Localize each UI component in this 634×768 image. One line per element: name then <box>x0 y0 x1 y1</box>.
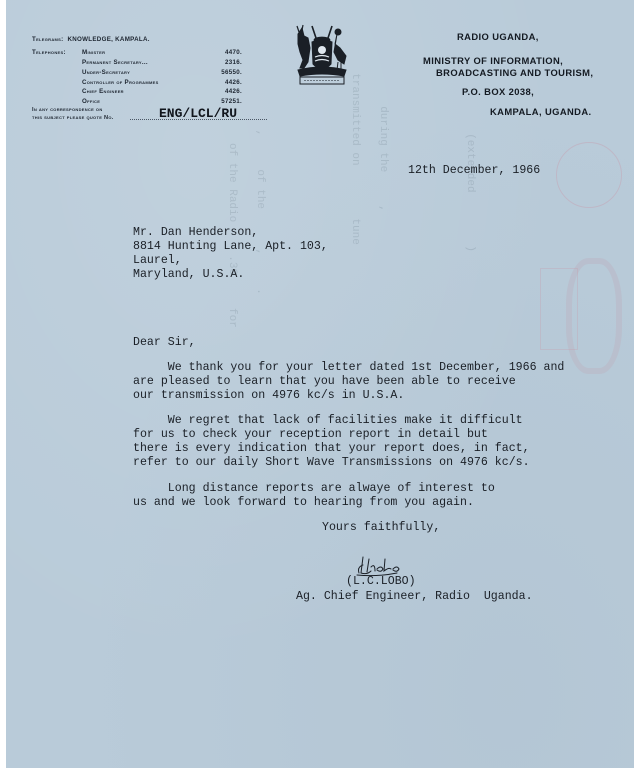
signatory-title: Ag. Chief Engineer, Radio Uganda. <box>296 590 533 604</box>
letter-date: 12th December, 1966 <box>408 164 540 178</box>
phone-entry-number: 4470. <box>206 49 242 56</box>
recipient-street: 8814 Hunting Lane, Apt. 103, <box>133 240 328 254</box>
phone-entry-number: 56550. <box>206 69 242 76</box>
phone-entry-number: 4426. <box>206 79 242 86</box>
recipient-city: Laurel, <box>133 254 182 268</box>
recipient-name: Mr. Dan Henderson, <box>133 226 258 240</box>
org-ministry-line2: BROADCASTING AND TOURISM, <box>436 67 593 78</box>
show-through-text: of the Radio .30 for <box>226 110 238 328</box>
paragraph-1-line: We thank you for your letter dated 1st D… <box>133 361 564 375</box>
salutation: Dear Sir, <box>133 336 196 350</box>
org-name: RADIO UGANDA, <box>457 31 539 42</box>
reference-number: ENG/LCL/RU <box>159 106 237 121</box>
show-through-text: (extended ) <box>464 120 476 252</box>
org-po-box: P.O. BOX 2038, <box>462 86 534 97</box>
recipient-state-country: Maryland, U.S.A. <box>133 268 244 282</box>
paragraph-2-line: there is every indication that your repo… <box>133 442 530 456</box>
quote-label-line2: this subject please quote No. <box>32 114 114 122</box>
letter-page: of the Radio .30 for , of the , . transm… <box>6 0 634 768</box>
reference-block: In any correspondence on this subject pl… <box>32 106 114 122</box>
quote-label-line1: In any correspondence on <box>32 106 114 114</box>
phone-entry-name: Permanent Secretary... <box>82 59 206 66</box>
paragraph-2-line: We regret that lack of facilities make i… <box>133 414 523 428</box>
show-through-text: , of the , . <box>254 110 266 295</box>
paragraph-3-line: us and we look forward to hearing from y… <box>133 496 474 510</box>
uganda-coat-of-arms-icon <box>288 22 356 90</box>
signatory-name: (L.C.LOBO) <box>346 575 416 589</box>
paragraph-1-line: our transmission on 4976 kc/s in U.S.A. <box>133 389 404 403</box>
closing: Yours faithfully, <box>322 521 440 535</box>
phone-entry-number: 4426. <box>206 88 242 95</box>
postmark-stamp <box>556 142 622 208</box>
phone-entry-name: Chief Engineer <box>82 88 206 95</box>
paragraph-2-line: for us to check your reception report in… <box>133 428 488 442</box>
telephones-label: Telephones: <box>32 49 82 56</box>
received-stamp-box <box>540 268 578 350</box>
phone-entry-name: Minister <box>82 49 206 56</box>
phone-entry-number: 57251. <box>206 98 242 105</box>
paragraph-1-line: are pleased to learn that you have been … <box>133 375 516 389</box>
telegrams-value: KNOWLEDGE, KAMPALA. <box>68 36 150 43</box>
org-ministry-line1: MINISTRY OF INFORMATION, <box>423 55 563 66</box>
org-city: KAMPALA, UGANDA. <box>490 106 592 117</box>
phone-entry-name: Office <box>82 98 206 105</box>
phone-entry-name: Controller of Programmes <box>82 79 206 86</box>
letterhead-contacts: Telegrams: KNOWLEDGE, KAMPALA. Telephone… <box>32 35 242 107</box>
paragraph-3-line: Long distance reports are alwaye of inte… <box>133 482 495 496</box>
phone-entry-name: Under-Secretary <box>82 69 206 76</box>
show-through-text: during the , <box>377 60 389 212</box>
phone-entry-number: 2316. <box>206 59 242 66</box>
paragraph-2-line: refer to our daily Short Wave Transmissi… <box>133 456 530 470</box>
telegrams-label: Telegrams: <box>32 36 64 43</box>
